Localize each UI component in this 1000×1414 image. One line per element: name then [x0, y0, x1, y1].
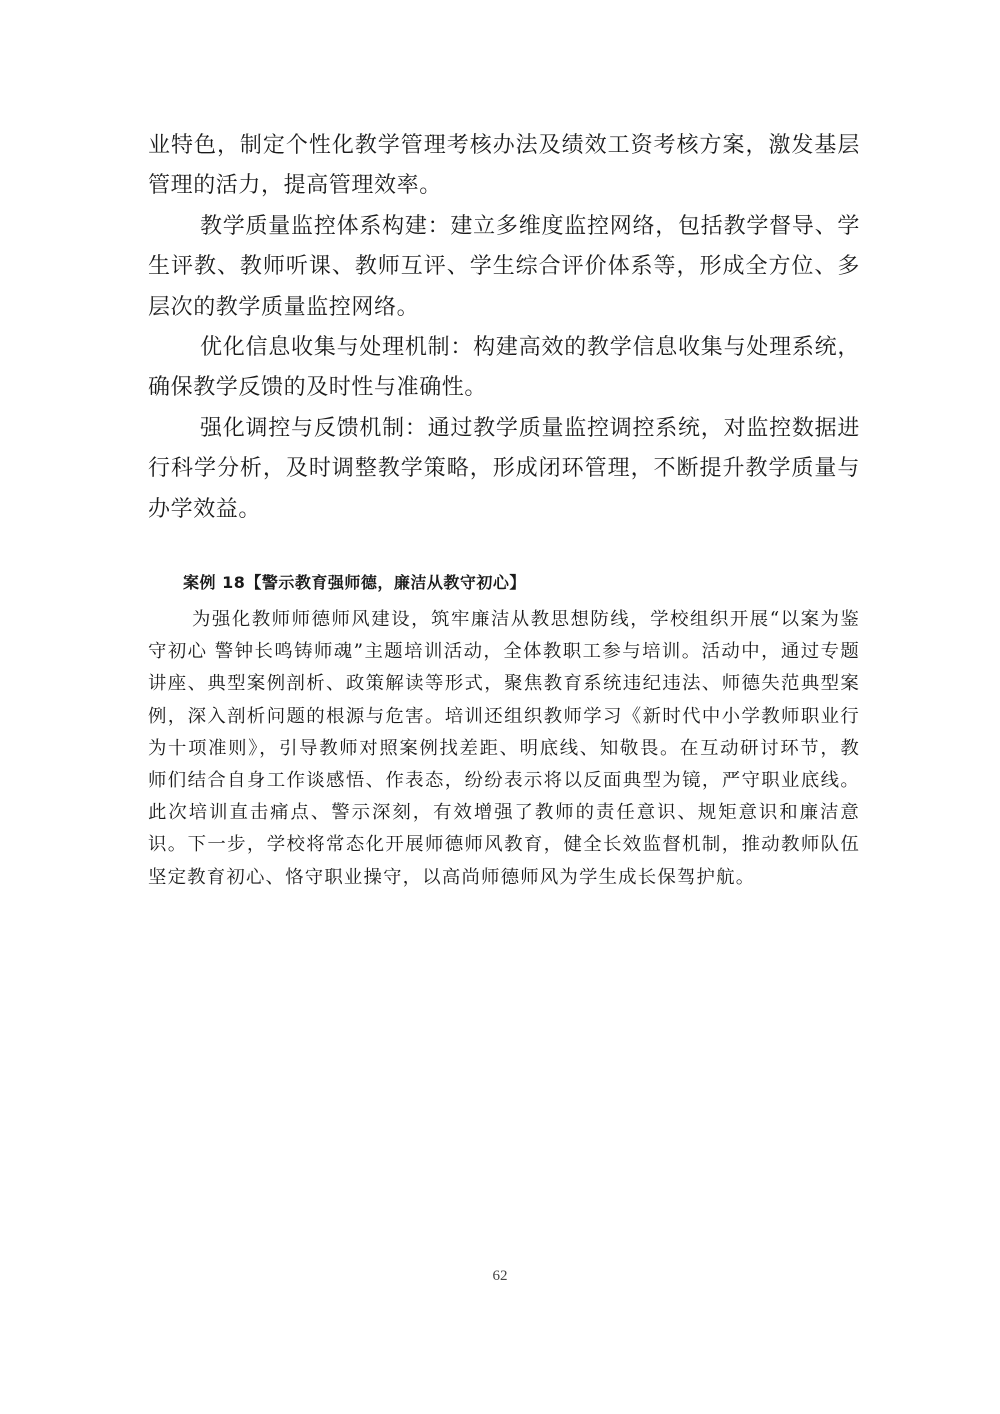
case-heading: 案例 18【警示教育强师德，廉洁从教守初心】 — [183, 571, 526, 595]
case-paragraph: 为强化教师师德师风建设，筑牢廉洁从教思想防线，学校组织开展“以案为鉴守初心 警钟… — [148, 604, 860, 894]
paragraph-feedback-mechanism: 强化调控与反馈机制：通过教学质量监控调控系统，对监控数据进行科学分析，及时调整教… — [148, 409, 860, 530]
paragraph-information-mechanism: 优化信息收集与处理机制：构建高效的教学信息收集与处理系统，确保教学反馈的及时性与… — [148, 328, 860, 409]
page-number: 62 — [0, 1268, 1000, 1285]
document-page: 业特色，制定个性化教学管理考核办法及绩效工资考核方案，激发基层管理的活力，提高管… — [0, 0, 1000, 1414]
case-body: 为强化教师师德师风建设，筑牢廉洁从教思想防线，学校组织开展“以案为鉴守初心 警钟… — [148, 604, 860, 894]
paragraph-quality-monitoring: 教学质量监控体系构建：建立多维度监控网络，包括教学督导、学生评教、教师听课、教师… — [148, 207, 860, 328]
paragraph-continuation: 业特色，制定个性化教学管理考核办法及绩效工资考核方案，激发基层管理的活力，提高管… — [148, 126, 860, 207]
section-body: 业特色，制定个性化教学管理考核办法及绩效工资考核方案，激发基层管理的活力，提高管… — [148, 126, 860, 530]
